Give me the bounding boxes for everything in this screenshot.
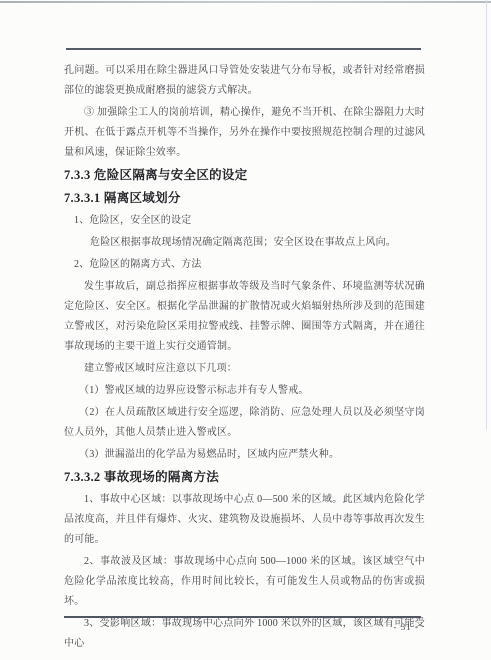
header-rule: [66, 48, 421, 50]
scan-edge-artifact: [486, 0, 487, 430]
paragraph: （2）在人员疏散区域进行安全巡逻，除消防、应急处理人员以及必须坚守岗位人员外，其…: [64, 403, 425, 443]
footer-rule: [64, 616, 421, 618]
paragraph: 3、受影响区域：事故现场中心点向外 1000 米以外的区域，该区域有可能受中心: [64, 614, 425, 654]
section-heading: 7.3.3 危险区隔离与安全区的设定: [64, 165, 425, 185]
section-heading: 7.3.3.1 隔离区域划分: [64, 188, 425, 208]
paragraph: 建立警戒区域时应注意以下几项：: [64, 359, 425, 379]
document-page: 孔问题。可以采用在除尘器进风口导管处安装进气分布导板，或者针对经常磨损部位的滤袋…: [0, 0, 491, 660]
paragraph: 1、事故中心区域：以事故现场中心点 0—500 米的区域。此区域内危险化学品浓度…: [64, 490, 425, 550]
page-number: - 31 -: [394, 622, 420, 632]
document-content: 孔问题。可以采用在除尘器进风口导管处安装进气分布导板，或者针对经常磨损部位的滤袋…: [64, 61, 425, 656]
paragraph: 孔问题。可以采用在除尘器进风口导管处安装进气分布导板，或者针对经常磨损部位的滤袋…: [64, 61, 425, 101]
section-heading: 7.3.3.2 事故现场的隔离方法: [64, 467, 425, 487]
paragraph: （3）泄漏溢出的化学品为易燃品时，区域内应严禁火种。: [64, 445, 425, 465]
paragraph: 2、事故波及区域：事故现场中心点向 500—1000 米的区域。该区域空气中危险…: [64, 552, 425, 612]
paragraph: 发生事故后，副总指挥应根据事故等级及当时气象条件、环境监测等状况确定危险区、安全…: [64, 277, 425, 357]
paragraph: （1）警戒区域的边界应设警示标志并有专人警戒。: [64, 381, 425, 401]
paragraph: 1、危险区，安全区的设定: [64, 211, 425, 231]
paragraph: 危险区根据事故现场情况确定隔离范围；安全区设在事故点上风向。: [64, 233, 425, 253]
paragraph: ③ 加强除尘工人的岗前培训，精心操作，避免不当开机、在除尘器阻力大时开机、在低于…: [64, 103, 425, 163]
scan-edge-artifact: [0, 1, 491, 3]
paragraph: 2、危险区的隔离方式、方法: [64, 255, 425, 275]
